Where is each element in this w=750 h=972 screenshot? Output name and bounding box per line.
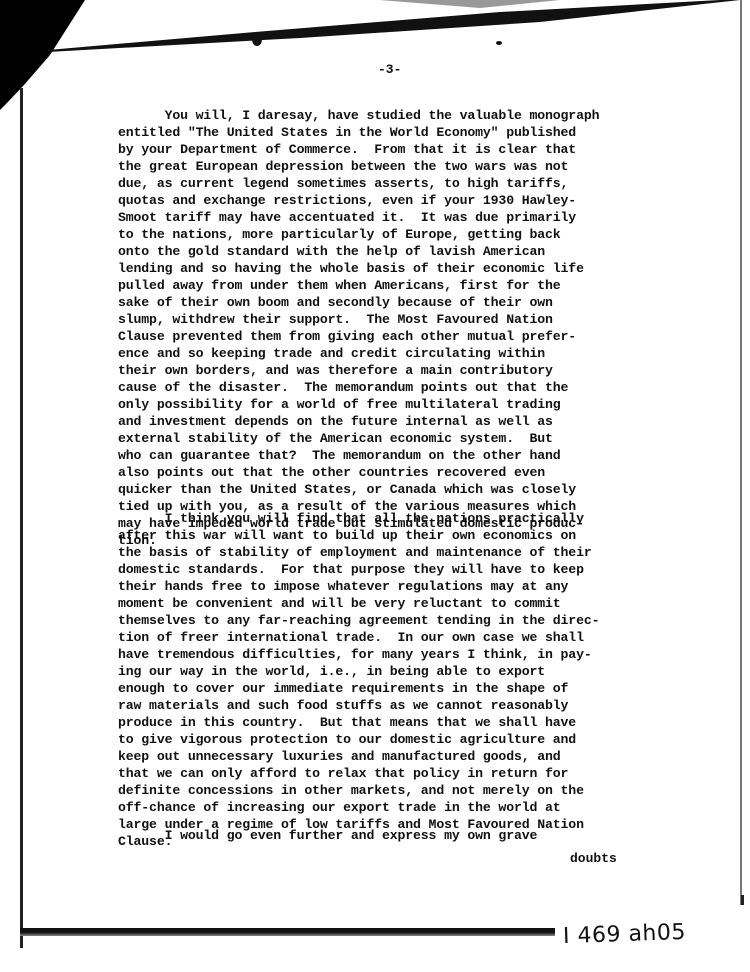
page-number: -3-	[378, 62, 401, 77]
page-right-edge	[740, 0, 742, 905]
paragraph-2: I think you will find that all the natio…	[118, 510, 678, 850]
scan-corner-mark	[735, 895, 744, 905]
ink-blot	[252, 33, 262, 46]
paragraph-3: I would go even further and express my o…	[118, 827, 678, 844]
paragraph-1: You will, I daresay, have studied the va…	[118, 107, 678, 549]
catchword: doubts	[570, 851, 617, 866]
ink-speck	[496, 41, 502, 45]
scan-bottom-edge	[20, 928, 555, 936]
handwritten-archive-mark: I 469 ah05	[563, 920, 687, 949]
page-left-edge	[20, 88, 23, 948]
